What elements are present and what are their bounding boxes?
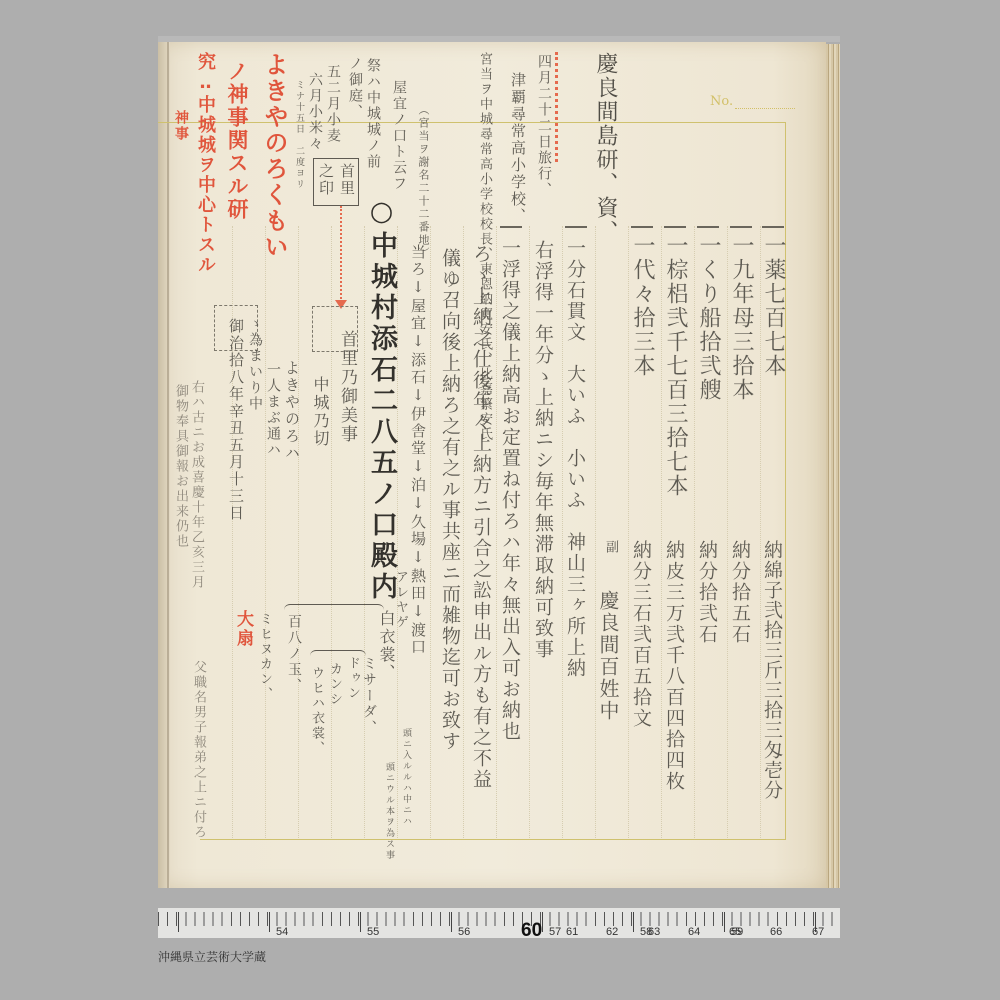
clothing-note: 頭ニ入ルルハ中ニハ — [401, 728, 410, 827]
ruled-line — [496, 226, 497, 838]
item-dash — [631, 226, 653, 228]
record-column-1: 一薬七百七本 — [762, 234, 784, 378]
ruler-label: 55 — [367, 926, 379, 938]
june-note: 六月小米々 — [308, 72, 322, 152]
text-column-4: ろゝ上納之仕後年々上納方ニ引合之訟申出ル方も有之不益 — [471, 244, 490, 790]
ruled-line — [661, 226, 662, 838]
clothing-note: 頭ニウル本ヲ為ス事 — [384, 762, 393, 861]
text-column-1: 一分石貫文 大いふ 小いふ 神山三ヶ所上納 — [565, 238, 584, 679]
record-column-3: 一くり船拾弐艘 — [697, 234, 719, 402]
principal-address: （宮当ヲ謝名二十二番地） — [418, 104, 429, 260]
ruled-line — [595, 226, 596, 838]
tax-column-1: 納綿子弐拾三斤三拾三匁壱分 — [762, 540, 781, 800]
shuri-seal: 首里 之印 — [313, 158, 359, 206]
ruler-label: 54 — [276, 926, 288, 938]
principal-note: 宮当ヲ中城尋常高小学校校長、東恩納寛安氏、比嘉繁安氏 — [478, 52, 491, 202]
ruled-line — [628, 226, 629, 838]
ruled-line — [364, 226, 365, 838]
ruler-label: 59 — [731, 926, 743, 938]
may-note: 五二月小麦 — [326, 64, 340, 144]
clothing-label: 白衣裳、 — [378, 610, 394, 682]
text-column-2: 右浮得一年分ゝ上納ニシ毎年無滞取納可致事 — [533, 240, 552, 660]
ruled-line — [265, 226, 266, 838]
tax-column-2: 納分拾五石 — [730, 540, 749, 645]
record-column-5: 一代々拾三本 — [631, 234, 653, 378]
red-annotation-3: 究‥中城城ヲ中心トスル — [196, 52, 214, 275]
ruler-label: 57 — [549, 926, 561, 938]
boxed-text: 首里乃御美事 — [338, 330, 355, 444]
headline-location: ○中城村添石二八五ノ口殿内 — [368, 196, 395, 603]
binding-thread — [167, 42, 169, 888]
item-dash — [762, 226, 784, 228]
festival-note: 祭ハ中城城ノ前 — [366, 58, 380, 170]
margin-note-2: 御物奉具御報お出来仍也 — [174, 384, 187, 549]
ruled-line — [529, 226, 530, 838]
item-dash — [664, 226, 686, 228]
item-dash — [730, 226, 752, 228]
ruler-label: 58 — [640, 926, 652, 938]
ruled-line — [727, 226, 728, 838]
garden-note: ノ御庭、 — [348, 56, 362, 120]
signature-prefix: 副 — [604, 540, 617, 555]
ruled-line — [463, 226, 464, 838]
collection-credit: 沖縄県立芸術大学蔵 — [158, 948, 266, 965]
tax-column-4: 納皮三万弐千八百四拾四枚 — [664, 540, 683, 792]
ruled-line — [430, 226, 431, 838]
left-note-2: 一人まぶ通ハ — [266, 362, 280, 458]
item-dash — [565, 226, 587, 228]
red-annotation-4: 神事 — [174, 110, 188, 142]
text-column-5: 儀ゆ召向後上納ろ之有之ル事共座ニ而雑物迄可お致す — [440, 248, 459, 752]
item-dash — [697, 226, 719, 228]
clothing-item: ミサーダ、 — [362, 656, 376, 736]
trip-note: 四月二十二日旅行、 — [537, 54, 551, 198]
text-column-3: 一浮得之儀上納高お定置ね付ろハ年々無出入可お納也 — [500, 238, 519, 742]
seal-line-1: 首里 — [339, 163, 354, 197]
ruled-line — [562, 226, 563, 838]
item-dash — [500, 226, 522, 228]
clothing-item: 百八ノ玉、 — [287, 614, 301, 694]
sub-note: 中城乃切 — [312, 376, 328, 448]
ruler-label: 56 — [458, 926, 470, 938]
document-title: 慶良間島研、資、 — [594, 52, 616, 244]
measuring-ruler: 54 55 56 57 58 59 — [158, 908, 840, 938]
clothing-item: ウヒハ衣裳、 — [310, 666, 323, 756]
page-edges — [826, 44, 840, 888]
record-column-2: 一九年母三拾本 — [730, 234, 752, 402]
red-dotted-mark — [555, 52, 558, 162]
clothing-item: ドゥン — [346, 656, 359, 701]
route-column: 当ろ↓屋宜↓添石↓伊舎堂↓泊↓久場↓熱田↓渡口 — [410, 244, 425, 656]
record-column-4: 一棕梠弐千七百三拾七本 — [664, 234, 686, 498]
red-dotted-arrow — [340, 206, 342, 302]
left-note-1: よきやのろハ — [284, 360, 299, 462]
red-annotation-1: よきやのろくもい — [262, 52, 286, 260]
tax-column-5: 納分三石弐百五拾文 — [631, 540, 650, 729]
red-annotation-daisen: 大扇 — [234, 610, 251, 648]
clothing-item: ミヒヌカン、 — [258, 612, 271, 702]
left-note-date: 御治拾八年辛丑五月十三日 — [228, 318, 243, 522]
clothing-item: カンシ — [328, 662, 341, 707]
margin-note-3: 父職名男子報弟之上ニ付ろ — [192, 660, 205, 840]
page-number-label: No. — [710, 94, 733, 109]
ruled-line — [397, 226, 398, 838]
page-number-field — [735, 108, 795, 109]
date-note: ミナ十五日 二度ヨリ — [294, 80, 303, 190]
left-note-3: ゝ為まいり中 — [248, 316, 262, 412]
margin-note-1: 右ハ古ニお成喜慶十年乙亥三月 — [190, 380, 203, 590]
yaka-note: 屋宜ノ口ト云フ — [392, 80, 406, 192]
brace-mark — [284, 604, 384, 613]
ruled-line — [694, 226, 695, 838]
signature-name: 慶良間百姓中 — [598, 590, 618, 722]
ruled-line — [298, 226, 299, 838]
red-annotation-2: ノ神事関スル研 — [226, 60, 247, 221]
tax-column-3: 納分拾弐石 — [697, 540, 716, 645]
school-note: 津覇尋常高小学校、 — [510, 72, 525, 225]
seal-line-2: 之印 — [318, 163, 333, 197]
